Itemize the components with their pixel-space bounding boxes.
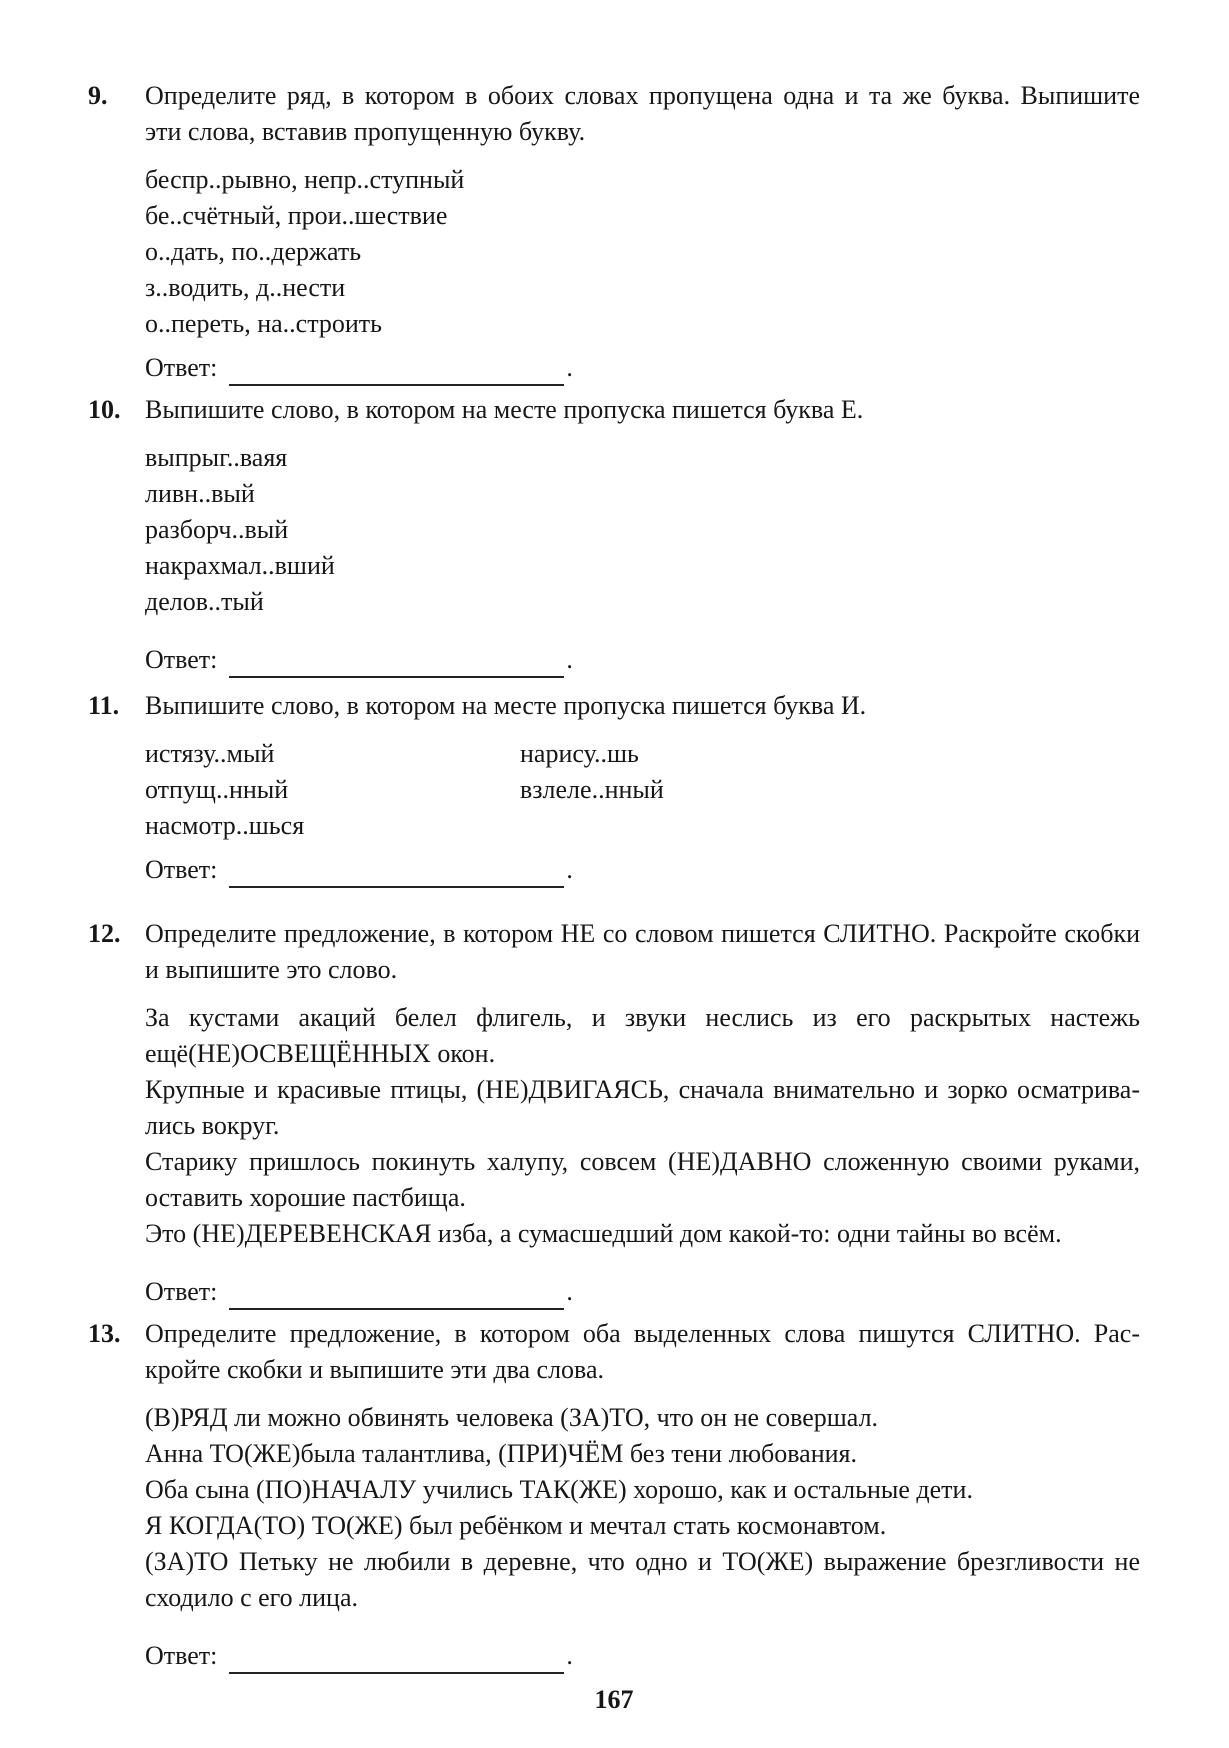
answer-label: Ответ:	[145, 350, 217, 386]
answer-row: Ответ: .	[145, 350, 1140, 386]
option-line: о..переть, на..строить	[145, 306, 1140, 342]
question-number: 9.	[88, 78, 145, 386]
answer-period: .	[566, 642, 573, 678]
option-line: беспр..рывно, непр..ступный	[145, 162, 1140, 198]
question-prompt-line: Выпишите слово, в котором на месте пропу…	[145, 688, 1140, 724]
sentence-list: За кустами акаций белел флигель, и звуки…	[145, 1000, 1140, 1252]
answer-blank	[229, 1282, 564, 1310]
question-prompt-line: кройте скобки и выпишите эти два слова.	[145, 1352, 1140, 1388]
sentence-line: (В)РЯД ли можно обвинять человека (ЗА)ТО…	[145, 1400, 1140, 1436]
sentence-list: (В)РЯД ли можно обвинять человека (ЗА)ТО…	[145, 1400, 1140, 1616]
answer-row: Ответ: .	[145, 1274, 1140, 1310]
answer-period: .	[566, 1274, 573, 1310]
question-number: 10.	[88, 392, 145, 678]
question-number: 11.	[88, 688, 145, 888]
question-10: 10. Выпишите слово, в котором на месте п…	[88, 392, 1140, 678]
option-line: отпущ..нный	[145, 772, 520, 808]
sentence-line: Я КОГДА(ТО) ТО(ЖЕ) был ребёнком и мечтал…	[145, 1508, 1140, 1544]
sentence-line: Крупные и красивые птицы, (НЕ)ДВИГАЯСЬ, …	[145, 1072, 1140, 1108]
sentence-line: Оба сына (ПО)НАЧАЛУ учились ТАК(ЖЕ) хоро…	[145, 1472, 1140, 1508]
option-line: ливн..вый	[145, 476, 1140, 512]
answer-row: Ответ: .	[145, 1638, 1140, 1674]
option-line: з..водить, д..нести	[145, 270, 1140, 306]
answer-row: Ответ: .	[145, 642, 1140, 678]
sentence-line: лись вокруг.	[145, 1108, 1140, 1144]
options-list: беспр..рывно, непр..ступный бе..счётный,…	[145, 162, 1140, 342]
answer-blank	[229, 860, 564, 888]
answer-blank	[229, 358, 564, 386]
option-line: истязу..мый	[145, 736, 520, 772]
sentence-line: За кустами акаций белел флигель, и звуки…	[145, 1000, 1140, 1036]
answer-label: Ответ:	[145, 1274, 217, 1310]
question-9: 9. Определите ряд, в котором в обоих сло…	[88, 78, 1140, 386]
question-12: 12. Определите предложение, в котором НЕ…	[88, 916, 1140, 1310]
question-number: 12.	[88, 916, 145, 1310]
option-line: о..дать, по..держать	[145, 234, 1140, 270]
option-line: делов..тый	[145, 584, 1140, 620]
option-line: накрахмал..вший	[145, 548, 1140, 584]
options-list: истязу..мый нарису..шь отпущ..нный взлел…	[145, 736, 1140, 844]
option-line: насмотр..шься	[145, 808, 520, 844]
question-prompt-line: эти слова, вставив пропущенную букву.	[145, 114, 1140, 150]
sentence-line: (ЗА)ТО Петьку не любили в деревне, что о…	[145, 1544, 1140, 1580]
sentence-line: сходило с его лица.	[145, 1580, 1140, 1616]
question-number: 13.	[88, 1316, 145, 1674]
page-number: 167	[88, 1682, 1140, 1718]
answer-label: Ответ:	[145, 1638, 217, 1674]
option-line: бе..счётный, прои..шествие	[145, 198, 1140, 234]
answer-period: .	[566, 852, 573, 888]
sentence-line: оставить хорошие пастбища.	[145, 1180, 1140, 1216]
option-line	[520, 808, 1140, 844]
answer-blank	[229, 1646, 564, 1674]
sentence-line: Анна ТО(ЖЕ)была талантлива, (ПРИ)ЧЁМ без…	[145, 1436, 1140, 1472]
question-prompt-line: Определите предложение, в котором оба вы…	[145, 1316, 1140, 1352]
question-prompt-line: Определите предложение, в котором НЕ со …	[145, 916, 1140, 952]
option-line: выпрыг..ваяя	[145, 440, 1140, 476]
question-prompt-line: Выпишите слово, в котором на месте пропу…	[145, 392, 1140, 428]
sentence-line: ещё(НЕ)ОСВЕЩЁННЫХ окон.	[145, 1036, 1140, 1072]
answer-row: Ответ: .	[145, 852, 1140, 888]
question-prompt-line: Определите ряд, в котором в обоих словах…	[145, 78, 1140, 114]
question-13: 13. Определите предложение, в котором об…	[88, 1316, 1140, 1674]
question-11: 11. Выпишите слово, в котором на месте п…	[88, 688, 1140, 888]
option-line: взлеле..нный	[520, 772, 1140, 808]
sentence-line: Это (НЕ)ДЕРЕВЕНСКАЯ изба, а сумасшедший …	[145, 1216, 1140, 1252]
option-line: разборч..вый	[145, 512, 1140, 548]
answer-period: .	[566, 1638, 573, 1674]
answer-blank	[229, 650, 564, 678]
answer-period: .	[566, 350, 573, 386]
sentence-line: Старику пришлось покинуть халупу, совсем…	[145, 1144, 1140, 1180]
option-line: нарису..шь	[520, 736, 1140, 772]
answer-label: Ответ:	[145, 642, 217, 678]
options-list: выпрыг..ваяя ливн..вый разборч..вый накр…	[145, 440, 1140, 620]
question-prompt-line: и выпишите это слово.	[145, 952, 1140, 988]
answer-label: Ответ:	[145, 852, 217, 888]
